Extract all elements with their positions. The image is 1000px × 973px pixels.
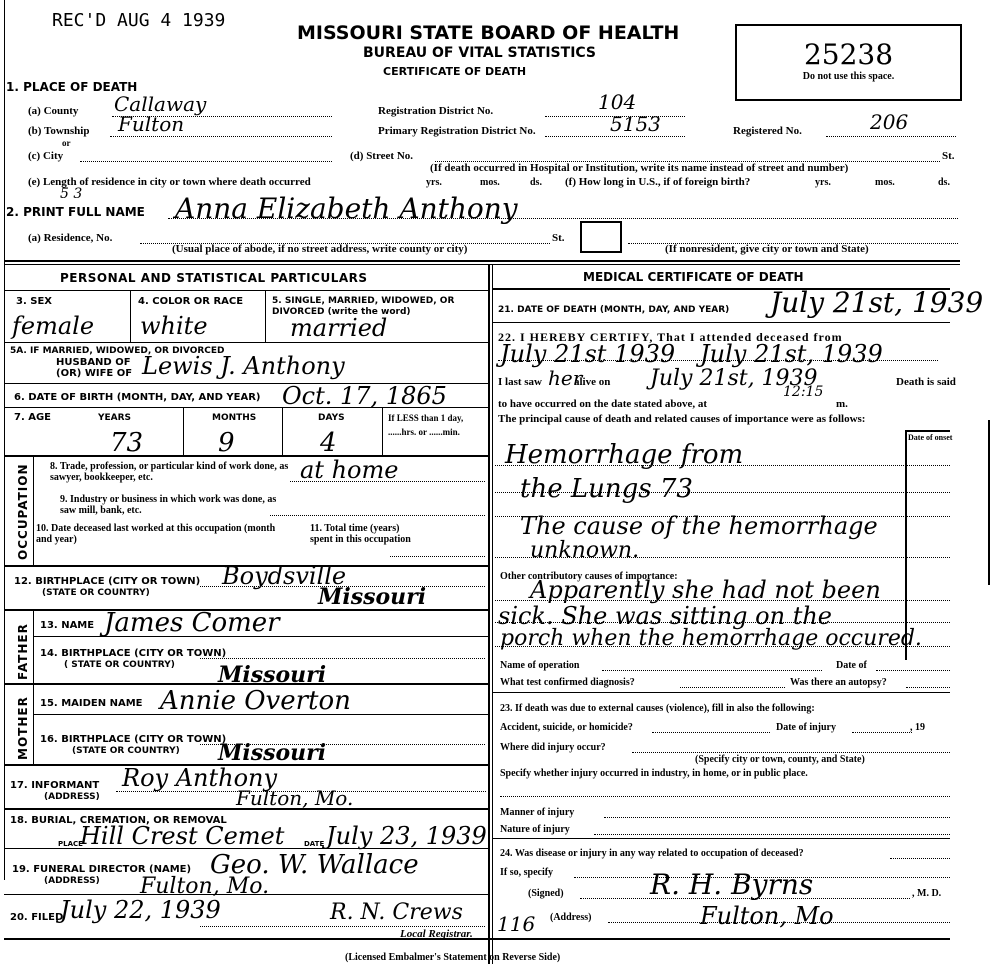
accident-label: Accident, suicide, or homicide? xyxy=(500,722,633,733)
birthplace-state-label: (STATE OR COUNTRY) xyxy=(42,588,150,598)
days-value[interactable]: 4 xyxy=(320,428,337,458)
attended-from-value[interactable]: July 21st 1939 xyxy=(500,340,675,368)
where-note: (Specify city or town, county, and State… xyxy=(695,754,865,765)
father-side-label: FATHER xyxy=(16,623,30,680)
dod-label: 21. DATE OF DEATH (MONTH, DAY, AND YEAR) xyxy=(498,305,729,315)
registered-value: 206 xyxy=(870,110,908,134)
form-name: CERTIFICATE OF DEATH xyxy=(383,65,526,78)
father-name-label: 13. NAME xyxy=(40,620,94,631)
dod-value[interactable]: July 21st, 1939 xyxy=(770,286,983,319)
time-suffix: m. xyxy=(836,398,848,410)
operation-label: Name of operation xyxy=(500,660,579,671)
street-note: (If death occurred in Hospital or Instit… xyxy=(430,162,848,174)
medical-section-title: MEDICAL CERTIFICATE OF DEATH xyxy=(583,270,804,284)
signed-label: (Signed) xyxy=(528,888,564,899)
accident-field[interactable] xyxy=(652,732,770,733)
county-label: (a) County xyxy=(28,105,78,117)
footer-note: (Licensed Embalmer's Statement on Revers… xyxy=(345,952,560,963)
foreign-label: (f) How long in U.S., if of foreign birt… xyxy=(565,176,750,188)
name-margin-note: 5 3 xyxy=(60,186,82,202)
full-name-label: 2. PRINT FULL NAME xyxy=(6,205,145,219)
nature-field[interactable] xyxy=(594,834,950,835)
township-label: (b) Township xyxy=(28,125,89,137)
if-so-label: If so, specify xyxy=(500,867,553,878)
form-subtitle: BUREAU OF VITAL STATISTICS xyxy=(363,45,596,61)
last-saw-label: I last saw xyxy=(498,376,542,388)
birthplace-state: Missouri xyxy=(318,584,426,610)
informant-address-label: (ADDRESS) xyxy=(44,792,100,802)
spouse-label-2: HUSBAND OF xyxy=(56,357,131,368)
primary-reg-label: Primary Registration District No. xyxy=(378,125,536,137)
primary-reg-value: 5153 xyxy=(610,112,661,136)
father-birth-field[interactable] xyxy=(200,658,485,659)
attended-to-value[interactable]: July 21st, 1939 xyxy=(700,340,883,368)
race-label: 4. COLOR OR RACE xyxy=(138,296,243,307)
township-field[interactable] xyxy=(110,136,332,137)
registrar-field[interactable] xyxy=(200,926,485,927)
sex-value[interactable]: female xyxy=(12,312,94,340)
cause-text-1: Hemorrhage from xyxy=(505,440,743,470)
ds-label: ds. xyxy=(530,177,542,188)
less-than-day: If LESS than 1 day, ......hrs. or ......… xyxy=(388,411,486,439)
years-label: YEARS xyxy=(98,413,131,423)
registered-field[interactable] xyxy=(826,136,956,137)
filed-value[interactable]: July 22, 1939 xyxy=(60,896,221,924)
mother-birth-state-label: (STATE OR COUNTRY) xyxy=(72,746,180,756)
personal-section-title: PERSONAL AND STATISTICAL PARTICULARS xyxy=(60,271,368,285)
primary-reg-field[interactable] xyxy=(545,136,685,137)
file-box-note: Do not use this space. xyxy=(737,71,960,82)
yrs-label: yrs. xyxy=(426,177,442,188)
physician-signature: R. H. Byrns xyxy=(650,868,813,901)
informant-label: 17. INFORMANT xyxy=(10,780,99,791)
township-value: Fulton xyxy=(118,112,184,136)
race-value[interactable]: white xyxy=(140,312,208,340)
occurred-label: to have occurred on the date stated abov… xyxy=(498,398,707,410)
alive-on-label: alive on xyxy=(574,376,610,388)
specify-label: Specify whether injury occurred in indus… xyxy=(500,768,808,779)
full-name-value: Anna Elizabeth Anthony xyxy=(175,192,518,225)
burial-date-value[interactable]: July 23, 1939 xyxy=(326,822,487,850)
cause-text-2: the Lungs 73 xyxy=(520,474,693,504)
file-number: 25238 xyxy=(737,38,960,71)
autopsy-label: Was there an autopsy? xyxy=(790,677,887,688)
registrar-signature: R. N. Crews xyxy=(330,900,463,925)
physician-address-value: Fulton, Mo xyxy=(700,902,834,930)
place-value[interactable]: Hill Crest Cemet xyxy=(80,822,284,850)
cause-text-3: The cause of the hemorrhage xyxy=(520,512,878,540)
foreign-yrs-label: yrs. xyxy=(815,177,831,188)
years-value[interactable]: 73 xyxy=(110,428,143,458)
injury-date-label: Date of injury xyxy=(776,722,836,733)
sex-label: 3. SEX xyxy=(16,296,52,307)
external-causes-label: 23. If death was due to external causes … xyxy=(500,703,815,714)
operation-date-field[interactable] xyxy=(876,670,950,671)
time-value[interactable]: 12:15 xyxy=(783,384,823,400)
autopsy-field[interactable] xyxy=(906,687,950,688)
residence-box[interactable] xyxy=(580,221,622,253)
industry-field[interactable] xyxy=(270,515,485,516)
street-suffix: St. xyxy=(942,150,955,162)
received-stamp: REC'D AUG 4 1939 xyxy=(52,10,225,31)
days-label: DAYS xyxy=(318,413,345,423)
physician-address-label: (Address) xyxy=(550,912,591,923)
reg-district-value: 104 xyxy=(598,90,636,114)
occupation-related-label: 24. Was disease or injury in any way rel… xyxy=(500,848,804,859)
city-field[interactable] xyxy=(80,161,332,162)
cause-text-4: unknown. xyxy=(530,538,639,563)
mother-name-label: 15. MAIDEN NAME xyxy=(40,698,142,709)
dob-value[interactable]: Oct. 17, 1865 xyxy=(282,382,447,410)
total-time-field[interactable] xyxy=(390,556,485,557)
mother-birth-value: Missouri xyxy=(218,740,326,766)
or-label: or xyxy=(62,138,71,148)
funeral-address-label: (ADDRESS) xyxy=(44,876,100,886)
months-value[interactable]: 9 xyxy=(218,428,235,458)
injury-date-field[interactable] xyxy=(852,732,912,733)
manner-field[interactable] xyxy=(604,817,950,818)
mother-side-label: MOTHER xyxy=(16,696,30,760)
trade-value: at home xyxy=(300,456,398,484)
city-label: (c) City xyxy=(28,150,63,162)
months-label: MONTHS xyxy=(212,413,256,423)
specify-field[interactable] xyxy=(500,796,950,797)
birthplace-label: 12. BIRTHPLACE (CITY OR TOWN) xyxy=(14,576,200,587)
nonresident-note: (If nonresident, give city or town and S… xyxy=(665,243,869,255)
total-time-label: 11. Total time (years) spent in this occ… xyxy=(310,523,420,545)
operation-field[interactable] xyxy=(602,670,822,671)
age-label: 7. AGE xyxy=(14,412,51,423)
industry-label: 9. Industry or business in which work wa… xyxy=(60,494,290,516)
contributory-text-3: porch when the hemorrhage occured. xyxy=(500,626,922,651)
injury-year-label: , 19 xyxy=(910,722,925,733)
father-birth-label: 14. BIRTHPLACE (CITY OR TOWN) xyxy=(40,648,226,659)
occupation-side-label: OCCUPATION xyxy=(16,463,30,560)
test-field[interactable] xyxy=(680,687,785,688)
test-label: What test confirmed diagnosis? xyxy=(500,677,635,688)
where-label: Where did injury occur? xyxy=(500,742,606,753)
md-label: , M. D. xyxy=(912,888,941,899)
father-birth-state-label: ( STATE OR COUNTRY) xyxy=(64,660,175,670)
operation-date-label: Date of xyxy=(836,660,867,671)
foreign-ds-label: ds. xyxy=(938,177,950,188)
mos-label: mos. xyxy=(480,177,500,188)
last-worked-label: 10. Date deceased last worked at this oc… xyxy=(36,523,286,545)
street-label: (d) Street No. xyxy=(350,150,413,162)
reg-district-label: Registration District No. xyxy=(378,105,493,117)
burial-date-label: DATE xyxy=(304,840,324,848)
nature-label: Nature of injury xyxy=(500,824,570,835)
form-title: MISSOURI STATE BOARD OF HEALTH xyxy=(297,22,679,44)
occupation-related-field[interactable] xyxy=(890,858,950,859)
registered-label: Registered No. xyxy=(733,125,802,137)
trade-label: 8. Trade, profession, or particular kind… xyxy=(50,461,300,483)
foreign-mos-label: mos. xyxy=(875,177,895,188)
father-name-value[interactable]: James Comer xyxy=(104,608,280,638)
where-field[interactable] xyxy=(632,752,950,753)
death-said-label: Death is said xyxy=(896,376,956,388)
marital-value[interactable]: married xyxy=(290,314,387,342)
spouse-value[interactable]: Lewis J. Anthony xyxy=(142,352,345,380)
mother-birth-label: 16. BIRTHPLACE (CITY OR TOWN) xyxy=(40,734,226,745)
file-number-box: 25238 Do not use this space. xyxy=(735,24,962,101)
residence-suffix: St. xyxy=(552,232,565,244)
onset-label: Date of onset xyxy=(908,433,952,442)
filed-label: 20. FILED xyxy=(10,912,63,923)
spouse-label-3: (OR) WIFE OF xyxy=(56,368,132,379)
contributory-text-1: Apparently she had not been xyxy=(530,576,881,604)
informant-address: Fulton, Mo. xyxy=(236,786,353,810)
residence-note: (Usual place of abode, if no street addr… xyxy=(172,243,467,255)
mother-name-value[interactable]: Annie Overton xyxy=(160,686,351,716)
margin-number: 116 xyxy=(497,912,535,936)
manner-label: Manner of injury xyxy=(500,807,574,818)
cause-label: The principal cause of death and related… xyxy=(498,413,865,425)
residence-label: (a) Residence, No. xyxy=(28,232,112,244)
dob-label: 6. DATE OF BIRTH (MONTH, DAY, AND YEAR) xyxy=(14,392,261,403)
